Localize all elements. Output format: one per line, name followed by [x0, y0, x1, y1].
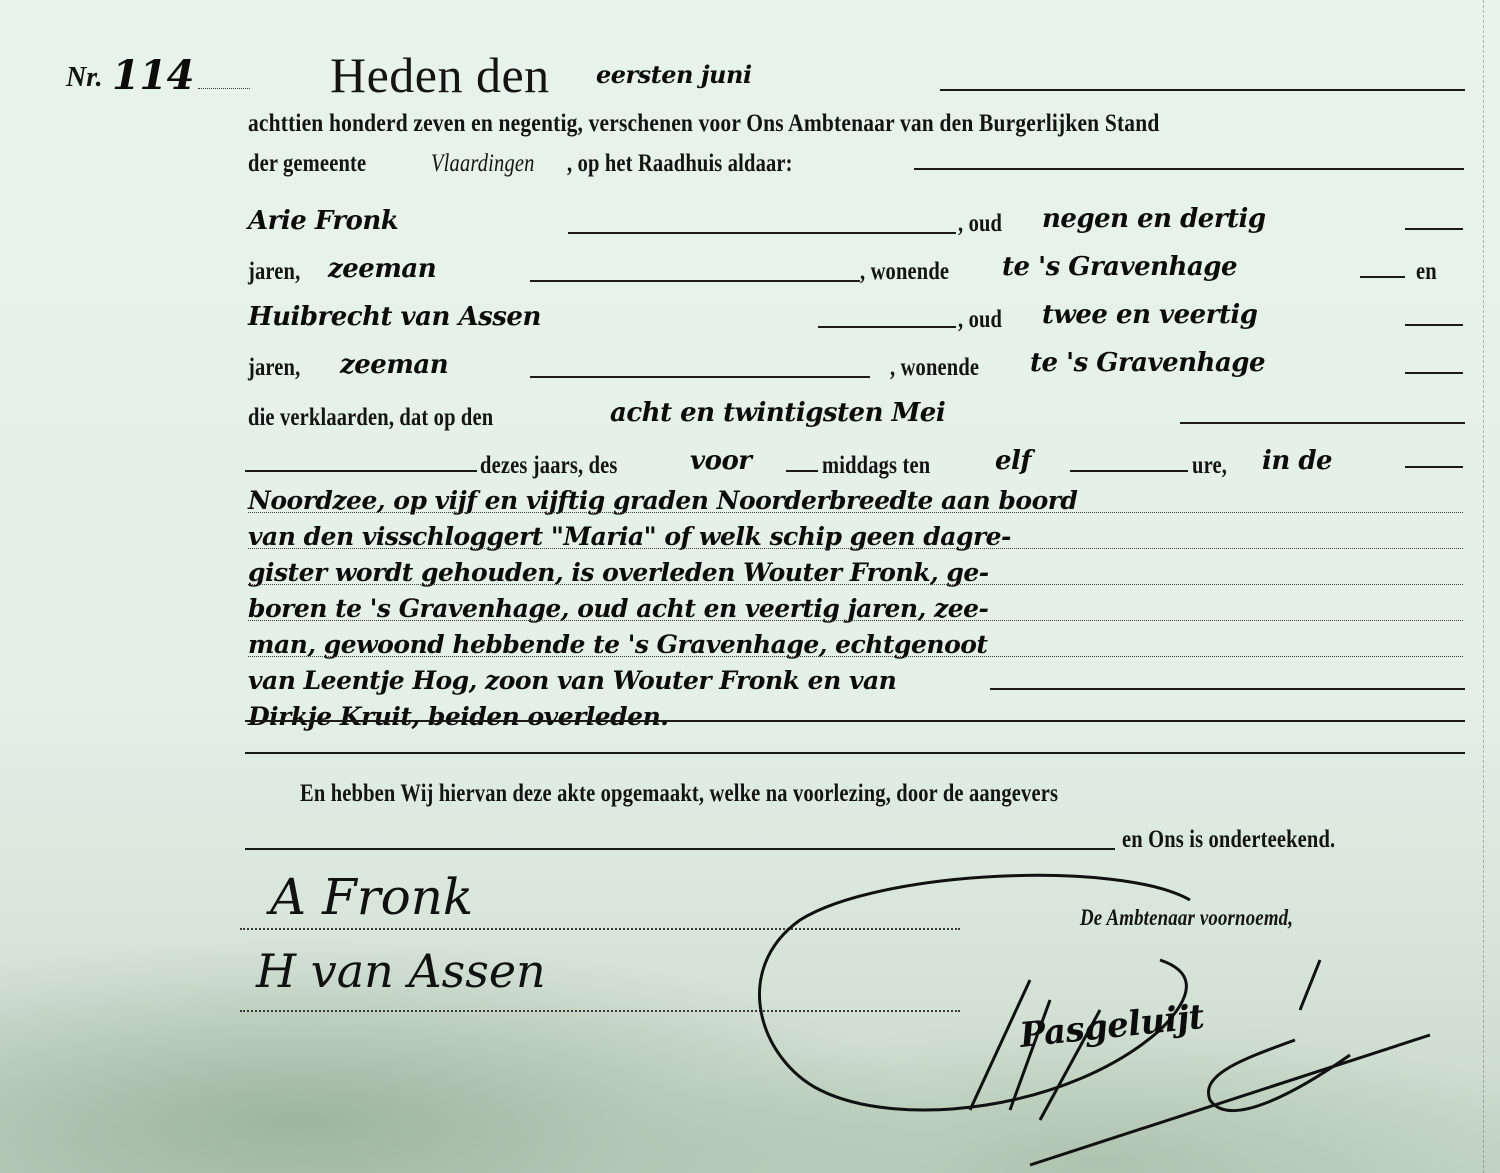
declarant1-name: Arie Fronk [248, 206, 398, 236]
dotted-fill [198, 88, 250, 89]
municipality-suffix: , op het Raadhuis aldaar: [567, 150, 793, 178]
date-day-handwritten: eersten juni [596, 60, 752, 89]
signature-declarant1: A Fronk [270, 868, 473, 926]
fill-line [1360, 276, 1405, 278]
fill-line [245, 848, 1115, 850]
fill-line [1405, 324, 1463, 326]
place-intro: in de [1262, 446, 1332, 476]
closing-statement: En hebben Wij hiervan deze akte opgemaak… [300, 780, 1058, 808]
record-number: 114 [112, 52, 194, 99]
fill-line [1180, 422, 1465, 424]
fill-line [818, 326, 956, 328]
years-label: jaren, [248, 354, 300, 382]
narrative-line-7: Dirkje Kruit, beiden overleden. [248, 702, 668, 731]
this-year-label: dezes jaars, des [480, 452, 618, 480]
municipality: Vlaardingen [431, 150, 535, 178]
fill-line [245, 470, 477, 472]
fill-line [914, 168, 1464, 170]
age-label: , oud [958, 306, 1002, 334]
midday-label: middags ten [822, 452, 930, 480]
heading: Heden den [330, 46, 550, 104]
blank-line [245, 720, 1465, 722]
line-year: achttien honderd zeven en negentig, vers… [248, 110, 1159, 138]
dotted-guide [248, 512, 1463, 513]
fill-line [1405, 228, 1463, 230]
fill-line [1405, 372, 1463, 374]
hour-label: ure, [1192, 452, 1227, 480]
narrative-line-5: man, gewoond hebbende te 's Gravenhage, … [248, 630, 987, 659]
fill-line [786, 470, 818, 472]
declarant2-name: Huibrecht van Assen [248, 302, 541, 332]
dotted-guide [248, 584, 1463, 585]
municipality-prefix: der gemeente [248, 150, 366, 178]
narrative-line-3: gister wordt gehouden, is overleden Wout… [248, 558, 989, 587]
dotted-guide [248, 548, 1463, 549]
fill-line [530, 376, 870, 378]
fill-line [940, 89, 1465, 91]
declarant2-residence: te 's Gravenhage [1030, 348, 1265, 378]
narrative-line-6: van Leentje Hog, zoon van Wouter Fronk e… [248, 666, 896, 695]
narrative-line-1: Noordzee, op vijf en vijftig graden Noor… [248, 486, 1077, 515]
fill-line [530, 280, 860, 282]
residence-label: , wonende [860, 258, 949, 286]
record-number-label: Nr. [66, 62, 103, 94]
age-label: , oud [958, 210, 1002, 238]
fill-line [1405, 466, 1463, 468]
narrative-line-2: van den visschloggert "Maria" of welk sc… [248, 522, 1011, 551]
declarant1-occupation: zeeman [328, 254, 436, 284]
fill-line [990, 688, 1465, 690]
hour: elf [995, 446, 1031, 476]
declarant2-occupation: zeeman [340, 350, 448, 380]
declarant2-age: twee en veertig [1042, 300, 1257, 330]
dotted-guide [248, 656, 1463, 657]
declarant1-age: negen en dertig [1042, 204, 1266, 234]
fill-line [1070, 470, 1188, 472]
dotted-guide [248, 620, 1463, 621]
residence-label: , wonende [890, 354, 979, 382]
conjunction: en [1416, 258, 1437, 286]
ante-post-meridiem: voor [690, 446, 752, 476]
signature-declarant2: H van Assen [256, 944, 546, 998]
declarant1-residence: te 's Gravenhage [1002, 252, 1237, 282]
death-date: acht en twintigsten Mei [610, 398, 945, 428]
fill-line [568, 232, 956, 234]
years-label: jaren, [248, 258, 300, 286]
blank-line [245, 752, 1465, 754]
narrative-line-4: boren te 's Gravenhage, oud acht en veer… [248, 594, 988, 623]
declared-label: die verklaarden, dat op den [248, 404, 493, 432]
page-edge [1483, 0, 1485, 1173]
closing-statement-end: en Ons is onderteekend. [1122, 826, 1335, 854]
